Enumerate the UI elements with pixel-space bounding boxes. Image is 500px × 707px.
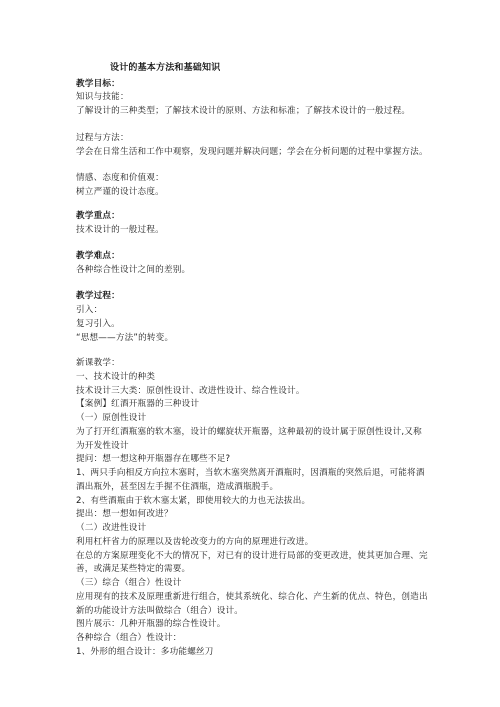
paragraph-line: 新的功能设计方法叫做综合（组合）设计。 (76, 605, 243, 617)
paragraph-line: 新课教学： (76, 357, 120, 369)
paragraph-line: 图片展示：几种开瓶器的综合性设计。 (76, 618, 226, 630)
section-heading: 教学难点： (76, 250, 120, 262)
paragraph-line: 1、外形的组合设计：多功能螺丝刀 (76, 646, 214, 658)
section-heading: 教学过程： (76, 290, 120, 302)
paragraph-line: 技术设计的一般过程。 (76, 224, 164, 236)
paragraph-line: 为了打开红酒瓶塞的软木塞，设计的螺旋状开瓶器，这种最初的设计属于原创性设计,又称 (76, 426, 422, 438)
paragraph-line: （二）改进性设计 (76, 522, 146, 534)
paragraph-line: 应用现有的技术及原理重新进行组合，使其系统化、综合化、产生新的优点、特色，创造出 (76, 591, 428, 603)
paragraph-line: （三）综合（组合）性设计 (76, 577, 182, 589)
paragraph-line: 各种综合性设计之间的差别。 (76, 264, 190, 276)
paragraph-line: 【案例】红酒开瓶器的三种设计 (76, 398, 199, 410)
paragraph-line: 各种综合（组合）性设计： (76, 632, 182, 644)
paragraph-line: 学会在日常生活和工作中观察，发现问题并解决问题；学会在分析问题的过程中掌握方法。 (76, 146, 428, 158)
paragraph-line: （一）原创性设计 (76, 412, 146, 424)
paragraph-line: 利用杠杆省力的原理以及齿轮改变力的方向的原理进行改进。 (76, 536, 313, 548)
paragraph-line: 知识与技能： (76, 91, 129, 103)
paragraph-line: 2、有些酒瓶由于软木塞太紧，即使用较大的力也无法拔出。 (76, 495, 310, 507)
paragraph-line: 提问：想一想这种开瓶器存在哪些不足? (76, 453, 230, 465)
paragraph-line: 酒出瓶外，甚至因左手握不住酒瓶，造成酒瓶脱手。 (76, 481, 278, 493)
paragraph-line: 过程与方法： (76, 132, 129, 144)
paragraph-line: 为开发性设计 (76, 440, 129, 452)
paragraph-line: 善，或满足某些特定的需要。 (76, 563, 190, 575)
paragraph-line: 树立严谨的设计态度。 (76, 186, 164, 198)
paragraph-line: 1、两只手向相反方向拉木塞时，当软木塞突然离开酒瓶时，因酒瓶的突然后退，可能将酒 (76, 467, 425, 479)
section-heading: 教学重点： (76, 210, 120, 222)
section-heading: 教学目标： (76, 78, 120, 90)
paragraph-line: 引入： (76, 304, 102, 316)
paragraph-line: 情感、态度和价值观： (76, 172, 164, 184)
paragraph-line: 在总的方案原理变化不大的情况下，对已有的设计进行局部的变更改进，使其更加合理、完 (76, 550, 428, 562)
paragraph-line: 了解设计的三种类型；了解技术设计的原则、方法和标准；了解技术设计的一般过程。 (76, 105, 410, 117)
document-title: 设计的基本方法和基础知识 (110, 62, 220, 74)
paragraph-line: 技术设计三大类：原创性设计、改进性设计、综合性设计。 (76, 385, 305, 397)
paragraph-line: 复习引入。 (76, 318, 120, 330)
paragraph-line: 一、技术设计的种类 (76, 371, 155, 383)
paragraph-line: “思想——方法”的转变。 (76, 332, 173, 344)
paragraph-line: 提出：想一想如何改进？ (76, 508, 173, 520)
